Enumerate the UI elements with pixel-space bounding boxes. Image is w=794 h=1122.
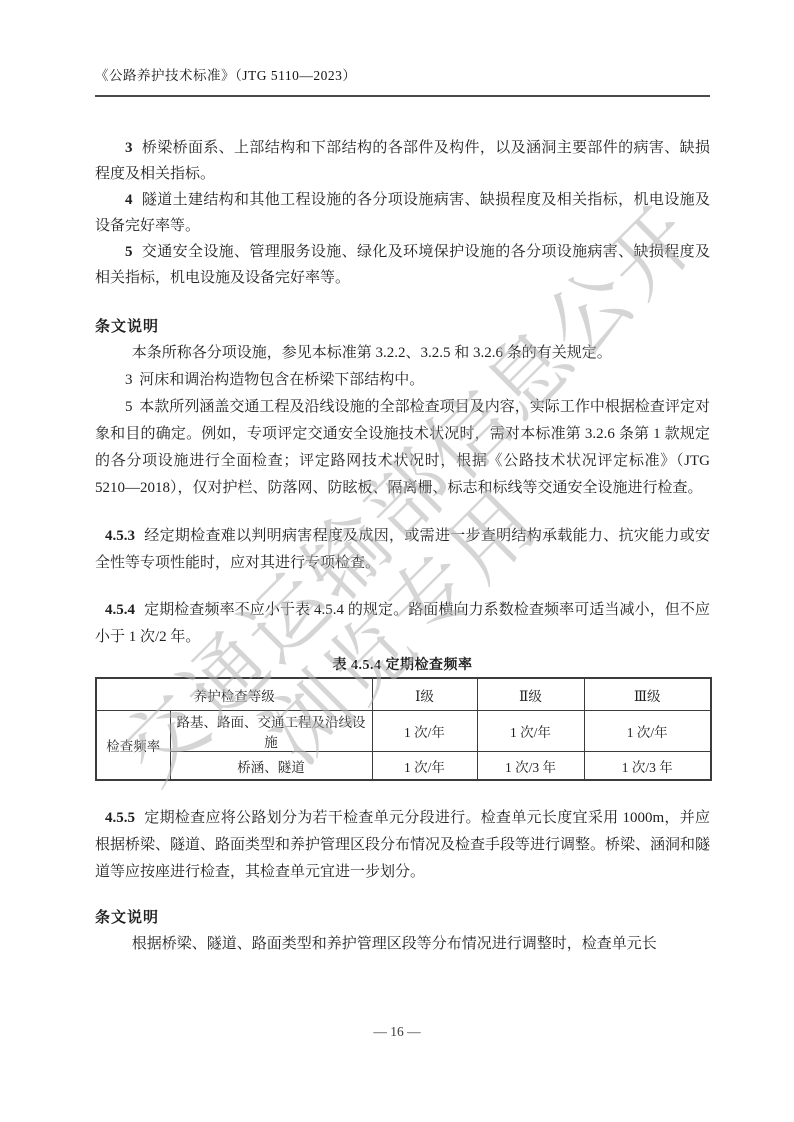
note-text: 根据桥梁、隧道、路面类型和养护管理区段等分布情况进行调整时，检查单元长 [132,936,657,952]
note-paragraph: 本条所称各分项设施，参见本标准第 3.2.2、3.2.5 和 3.2.6 条的有… [95,340,710,367]
clause-number: 4.5.4 [105,602,135,618]
note-paragraph: 5本款所列涵盖交通工程及沿线设施的全部检查项目及内容，实际工作中根据检查评定对象… [95,394,710,502]
document-page: 《公路养护技术标准》（JTG 5110—2023） 3桥梁桥面系、上部结构和下部… [0,0,794,1122]
clause-4-5-5: 4.5.5定期检查应将公路划分为若干检查单元分段进行。检查单元长度宜采用 100… [95,805,710,886]
clause-number: 4.5.3 [105,528,135,544]
item-text: 交通安全设施、管理服务设施、绿化及环境保护设施的各分项设施病害、缺损程度及相关指… [95,244,710,286]
item-number: 5 [125,244,133,260]
running-header: 《公路养护技术标准》（JTG 5110—2023） [95,66,710,97]
notes-heading-1: 条文说明 [95,314,710,340]
clause-item-5: 5交通安全设施、管理服务设施、绿化及环境保护设施的各分项设施病害、缺损程度及相关… [95,239,710,291]
item-number: 4 [125,192,133,208]
clause-text: 经定期检查难以判明病害程度及成因，或需进一步查明结构承载能力、抗灾能力或安全性等… [95,528,710,571]
table-cell: 1 次/3 年 [477,752,584,781]
table-cell: 1 次/年 [372,711,477,752]
clause-item-4: 4隧道土建结构和其他工程设施的各分项设施病害、缺损程度及相关指标，机电设施及设备… [95,187,710,239]
table-cell: 1 次/年 [477,711,584,752]
table-cell: 1 次/3 年 [584,752,711,781]
table-cell: 1 次/年 [372,752,477,781]
inspection-frequency-table: 养护检查等级 Ⅰ级 Ⅱ级 Ⅲ级 检查频率 路基、路面、交通工程及沿线设施 1 次… [95,677,712,781]
table-row: 桥涵、隧道 1 次/年 1 次/3 年 1 次/3 年 [96,752,711,781]
clause-item-3: 3桥梁桥面系、上部结构和下部结构的各部件及构件，以及涵洞主要部件的病害、缺损程度… [95,135,710,187]
table-title: 表 4.5.4 定期检查频率 [95,655,710,677]
notes-section-2: 根据桥梁、隧道、路面类型和养护管理区段等分布情况进行调整时，检查单元长 [95,931,710,958]
table-row-group-label: 检查频率 [96,711,170,781]
clause-4-5-4: 4.5.4定期检查频率不应小于表 4.5.4 的规定。路面横向力系数检查频率可适… [95,597,710,651]
page-content: 《公路养护技术标准》（JTG 5110—2023） 3桥梁桥面系、上部结构和下部… [95,66,710,958]
table-header-row: 养护检查等级 Ⅰ级 Ⅱ级 Ⅲ级 [96,678,711,711]
clause-4-5-3: 4.5.3经定期检查难以判明病害程度及成因，或需进一步查明结构承载能力、抗灾能力… [95,523,710,577]
table-level-1: Ⅰ级 [372,678,477,711]
note-text: 本条所称各分项设施，参见本标准第 3.2.2、3.2.5 和 3.2.6 条的有… [132,345,612,361]
clause-items: 3桥梁桥面系、上部结构和下部结构的各部件及构件，以及涵洞主要部件的病害、缺损程度… [95,135,710,291]
note-text: 河床和调治构造物包含在桥梁下部结构中。 [139,372,424,388]
note-number: 5 [125,399,133,415]
item-number: 3 [125,140,133,156]
note-number: 3 [125,372,133,388]
notes-heading-2: 条文说明 [95,905,710,931]
clause-text: 定期检查应将公路划分为若干检查单元分段进行。检查单元长度宜采用 1000m，并应… [95,810,710,880]
note-paragraph: 根据桥梁、隧道、路面类型和养护管理区段等分布情况进行调整时，检查单元长 [95,931,710,958]
page-number: — 16 — [0,1024,794,1040]
table-row-label: 路基、路面、交通工程及沿线设施 [170,711,372,752]
note-text: 本款所列涵盖交通工程及沿线设施的全部检查项目及内容，实际工作中根据检查评定对象和… [95,399,710,496]
table-row-label: 桥涵、隧道 [170,752,372,781]
clause-number: 4.5.5 [105,810,135,826]
table-level-3: Ⅲ级 [584,678,711,711]
table-level-2: Ⅱ级 [477,678,584,711]
table-row: 检查频率 路基、路面、交通工程及沿线设施 1 次/年 1 次/年 1 次/年 [96,711,711,752]
notes-section-1: 本条所称各分项设施，参见本标准第 3.2.2、3.2.5 和 3.2.6 条的有… [95,340,710,502]
item-text: 隧道土建结构和其他工程设施的各分项设施病害、缺损程度及相关指标，机电设施及设备完… [95,192,710,234]
item-text: 桥梁桥面系、上部结构和下部结构的各部件及构件，以及涵洞主要部件的病害、缺损程度及… [95,140,710,182]
note-paragraph: 3河床和调治构造物包含在桥梁下部结构中。 [95,367,710,394]
clause-text: 定期检查频率不应小于表 4.5.4 的规定。路面横向力系数检查频率可适当减小，但… [95,602,710,645]
table-cell: 1 次/年 [584,711,711,752]
table-header-label: 养护检查等级 [96,678,372,711]
